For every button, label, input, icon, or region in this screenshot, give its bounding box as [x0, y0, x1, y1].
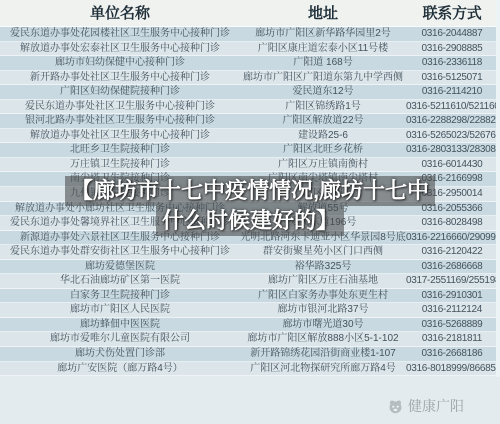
row-address: 广阳区万庄镇南衡村: [240, 158, 406, 172]
table-row: 解放道办事处宏泰社区卫生服务中心接种门诊 广阳区康庄道宏泰小区11号楼 0316…: [0, 42, 498, 57]
row-phone: 0316-2114210: [406, 85, 498, 99]
row-address: 廊坊市广阳区广阳道东第九中学西侧: [240, 71, 406, 85]
row-unit-name: 解放道办事处宏泰社区卫生服务中心接种门诊: [0, 42, 240, 56]
watermark: 健康广阳: [387, 396, 464, 416]
row-phone: 0316-5125071: [406, 71, 498, 85]
row-address: 廊坊广阳区万庄石油基地: [240, 274, 406, 288]
table-row: 广阳区妇幼保健院接种门诊 爱民道东12号 0316-2114210: [0, 85, 498, 100]
row-unit-name: 北旺乡卫生院接种门诊: [0, 143, 240, 157]
row-unit-name: 白家务卫生院接种门诊: [0, 289, 240, 303]
header-unit-name: 单位名称: [0, 0, 240, 26]
table-row: 北旺乡卫生院接种门诊 广阳区北旺乡花桥 0316-2803133/2830838: [0, 143, 498, 158]
row-phone: 0316-6014430: [406, 158, 498, 172]
table-row: 解放道办事处社区卫生服务中心接种门诊 建设路25-6 0316-5265023/…: [0, 129, 498, 144]
table-row: 廊坊蜂佃中医医院 廊坊市曙光道30号 0316-5268889: [0, 318, 498, 333]
row-unit-name: 解放道办事处社区卫生服务中心接种门诊: [0, 129, 240, 143]
row-phone: 0316-2803133/2830838: [406, 143, 498, 157]
table-row: 华北石油廊坊矿区第一医院 廊坊广阳区万庄石油基地 0317-2551169/25…: [0, 274, 498, 289]
headline-line1: 【廊坊市十七中疫情情况,廊坊十七中: [65, 176, 435, 206]
table-row: 白家务卫生院接种门诊 广阳区白家务办事处东更生村 0316-2910301: [0, 289, 498, 304]
row-unit-name: 廊坊市广阳区人民医院: [0, 303, 240, 317]
row-phone: 0316-8018999/8668513: [406, 362, 498, 376]
row-phone: 0316-2120422: [406, 245, 498, 259]
table-row: 爱民东道办事处花园楼社区卫生服务中心接种门诊 廊坊市广阳区新华路华园里2号 03…: [0, 27, 498, 42]
row-phone: 0316-2668186: [406, 347, 498, 361]
row-phone: 0316-2910301: [406, 289, 498, 303]
table-row: 银河北路办事处社区卫生服务中心接种门诊 广阳区解放道22号 0316-22882…: [0, 114, 498, 129]
table-row: 廊坊市爱唯尔儿童医院有限公司 廊坊市广阳区解放888小区5-1-102 0316…: [0, 332, 498, 347]
panda-logo-icon: [387, 398, 404, 415]
screenshot-root: 单位名称 地址 联系方式 爱民东道办事处花园楼社区卫生服务中心接种门诊 廊坊市广…: [0, 0, 500, 424]
row-unit-name: 廊坊市爱唯尔儿童医院有限公司: [0, 332, 240, 346]
row-phone: 0316-5265023/5267686: [406, 129, 498, 143]
row-address: 广阳道 168号: [240, 56, 406, 70]
row-unit-name: 万庄镇卫生院接种门诊: [0, 158, 240, 172]
row-unit-name: 廊坊广安医院（廊万路4号）: [0, 362, 240, 376]
header-contact: 联系方式: [406, 0, 498, 26]
table-row: 廊坊广安医院（廊万路4号） 广阳区河北物探研究所廊万路4号 0316-80189…: [0, 362, 498, 377]
row-unit-name: 广阳区妇幼保健院接种门诊: [0, 85, 240, 99]
row-phone: 0316-5211610/5211600: [406, 100, 498, 114]
row-phone: 0316-2336118: [406, 56, 498, 70]
table-row: 新开路办事处社区卫生服务中心接种门诊 廊坊市广阳区广阳道东第九中学西侧 0316…: [0, 71, 498, 86]
row-address: 广阳区北旺乡花桥: [240, 143, 406, 157]
row-unit-name: 爱民东道办事处群安街社区卫生服务中心接种门诊: [0, 245, 240, 259]
row-address: 群安街聚星苑小区门口西侧: [240, 245, 406, 259]
table-row: 廊坊犬伤处置门诊部 新开路锦绣花园沿街商业楼1-107 0316-2668186: [0, 347, 498, 362]
watermark-label: 健康广阳: [408, 396, 464, 416]
headline-overlay: 【廊坊市十七中疫情情况,廊坊十七中 什么时候建好的】: [0, 176, 500, 236]
table-row: 廊坊市妇幼保健中心接种门诊 广阳道 168号 0316-2336118: [0, 56, 498, 71]
row-phone: 0316-2181811: [406, 332, 498, 346]
row-address: 廊坊市银河北路37号: [240, 303, 406, 317]
row-unit-name: 华北石油廊坊矿区第一医院: [0, 274, 240, 288]
row-address: 廊坊市曙光道30号: [240, 318, 406, 332]
row-address: 广阳区河北物探研究所廊万路4号: [240, 362, 406, 376]
row-unit-name: 廊坊蜂佃中医医院: [0, 318, 240, 332]
table-row: 爱民东道办事处群安街社区卫生服务中心接种门诊 群安街聚星苑小区门口西侧 0316…: [0, 245, 498, 260]
row-unit-name: 廊坊市妇幼保健中心接种门诊: [0, 56, 240, 70]
row-phone: 0316-2044887: [406, 27, 498, 41]
row-address: 广阳区康庄道宏泰小区11号楼: [240, 42, 406, 56]
table-row: 爱民东道办事处社区卫生服务中心接种门诊 广阳区锦绣路1号 0316-521161…: [0, 100, 498, 115]
row-unit-name: 银河北路办事处社区卫生服务中心接种门诊: [0, 114, 240, 128]
table-row: 万庄镇卫生院接种门诊 广阳区万庄镇南衡村 0316-6014430: [0, 158, 498, 173]
row-phone: 0316-2288298/2288297: [406, 114, 498, 128]
row-address: 广阳区白家务办事处东更生村: [240, 289, 406, 303]
table-row: 廊坊爱德堡医院 裕华路325号 0316-2686668: [0, 260, 498, 275]
row-unit-name: 爱民东道办事处社区卫生服务中心接种门诊: [0, 100, 240, 114]
row-address: 建设路25-6: [240, 129, 406, 143]
row-phone: 0316-2686668: [406, 260, 498, 274]
row-unit-name: 廊坊犬伤处置门诊部: [0, 347, 240, 361]
row-phone: 0317-2551169/2551981: [406, 274, 498, 288]
row-address: 广阳区解放道22号: [240, 114, 406, 128]
table-row: 廊坊市广阳区人民医院 廊坊市银河北路37号 0316-2112124: [0, 303, 498, 318]
row-address: 裕华路325号: [240, 260, 406, 274]
row-phone: 0316-2112124: [406, 303, 498, 317]
row-address: 新开路锦绣花园沿街商业楼1-107: [240, 347, 406, 361]
row-address: 爱民道东12号: [240, 85, 406, 99]
row-phone: 0316-2908885: [406, 42, 498, 56]
row-address: 廊坊市广阳区解放888小区5-1-102: [240, 332, 406, 346]
row-unit-name: 爱民东道办事处花园楼社区卫生服务中心接种门诊: [0, 27, 240, 41]
headline-line2: 什么时候建好的】: [156, 206, 344, 236]
row-address: 廊坊市广阳区新华路华园里2号: [240, 27, 406, 41]
table-header-row: 单位名称 地址 联系方式: [0, 0, 498, 27]
header-address: 地址: [240, 0, 406, 26]
row-address: 广阳区锦绣路1号: [240, 100, 406, 114]
row-unit-name: 廊坊爱德堡医院: [0, 260, 240, 274]
row-phone: 0316-5268889: [406, 318, 498, 332]
row-unit-name: 新开路办事处社区卫生服务中心接种门诊: [0, 71, 240, 85]
